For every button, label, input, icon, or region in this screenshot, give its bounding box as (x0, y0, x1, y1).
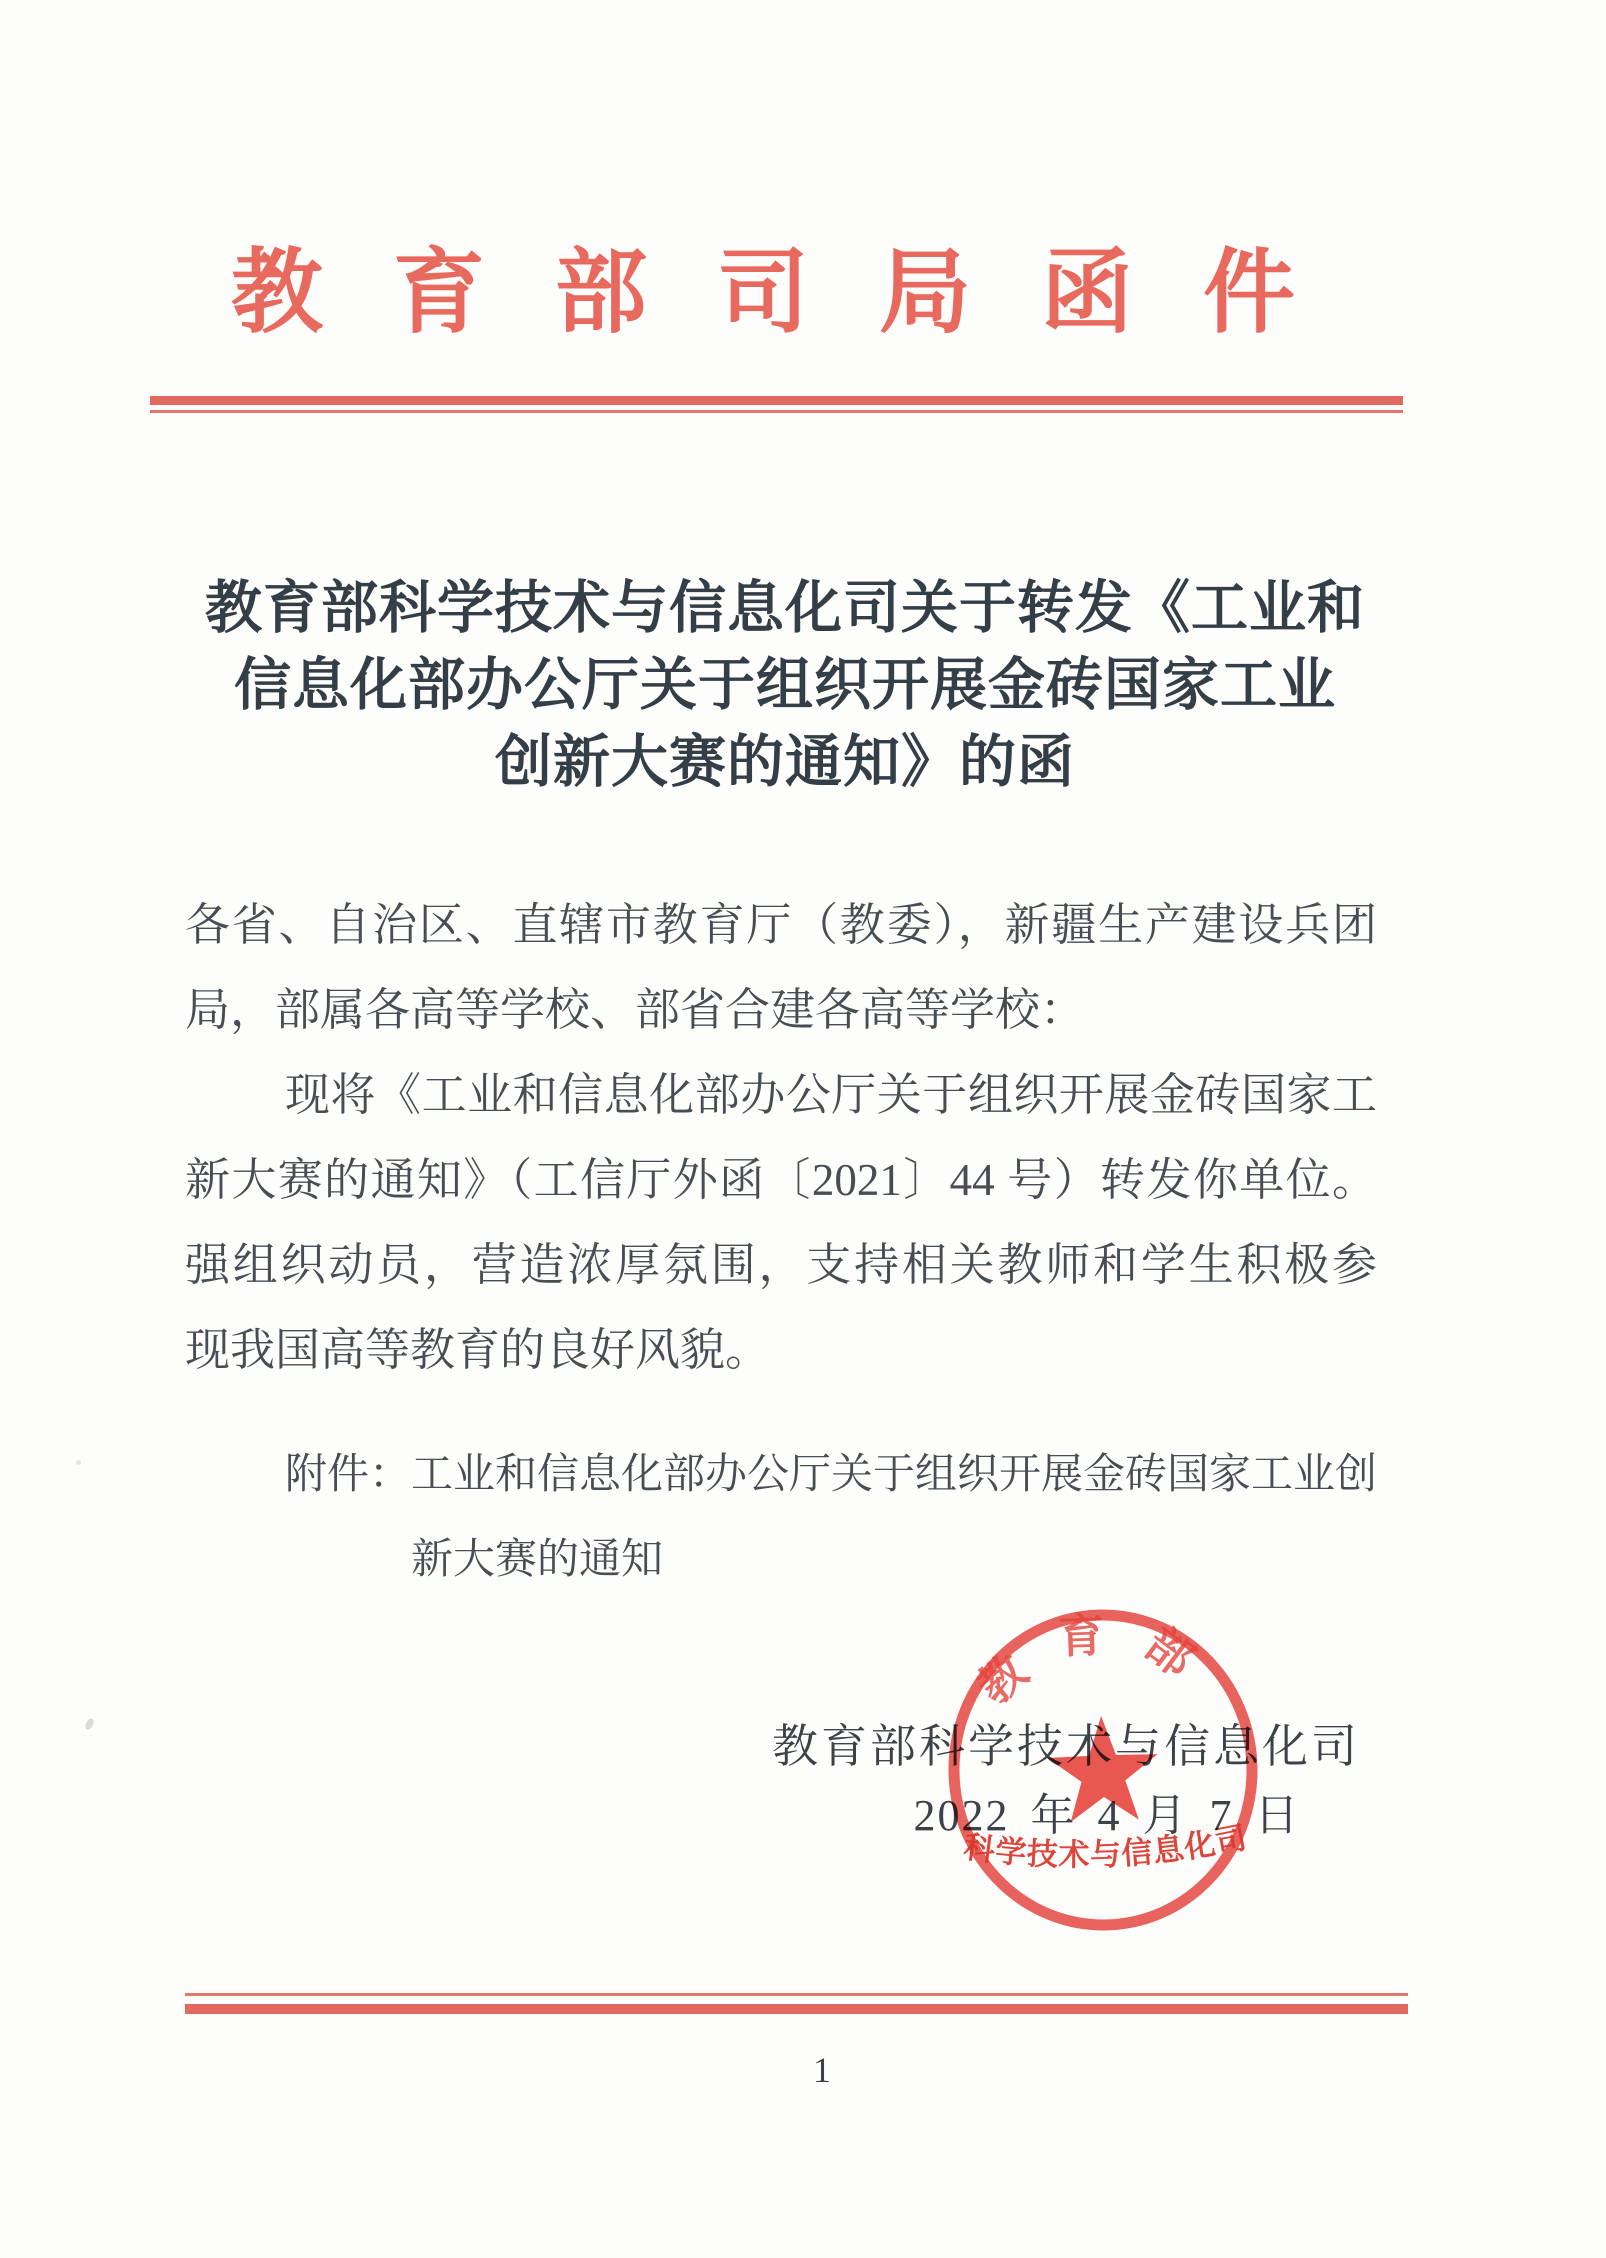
attachment-line-1: 附件：工业和信息化部办公厅关于组织开展金砖国家工业创 (185, 1433, 1377, 1518)
letter-body: 各省、自治区、直辖市教育厅（教委），新疆生产建设兵团教育 局，部属各高等学校、部… (185, 883, 1377, 1603)
document-title-line-2: 信息化部办公厅关于组织开展金砖国家工业 (90, 647, 1480, 724)
seal-star-icon (1046, 1714, 1160, 1823)
document-title-line-1: 教育部科学技术与信息化司关于转发《工业和 (90, 570, 1480, 647)
scanned-document-page: 教育部司局函件 教育部科学技术与信息化司关于转发《工业和 信息化部办公厅关于组织… (0, 0, 1606, 2258)
salutation-line-2: 局，部属各高等学校、部省合建各高等学校： (185, 968, 1377, 1053)
official-seal: 教育部 科学技术与信息化司 (934, 1596, 1272, 1943)
attachment-note: 附件：工业和信息化部办公厅关于组织开展金砖国家工业创 新大赛的通知 (185, 1433, 1377, 1603)
header-rule-thin (150, 410, 1403, 413)
paragraph-line-4: 现我国高等教育的良好风貌。 (185, 1308, 1377, 1393)
document-title: 教育部科学技术与信息化司关于转发《工业和 信息化部办公厅关于组织开展金砖国家工业… (90, 570, 1480, 801)
svg-text:科学技术与信息化司: 科学技术与信息化司 (961, 1819, 1251, 1877)
paragraph-line-3: 强组织动员，营造浓厚氛围，支持相关教师和学生积极参赛，展 (185, 1223, 1377, 1308)
paragraph-line-2: 新大赛的通知》（工信厅外函〔2021〕44 号）转发你单位。请加 (185, 1138, 1377, 1223)
svg-text:教育部: 教育部 (967, 1606, 1232, 1715)
attachment-line-2: 新大赛的通知 (185, 1518, 1377, 1603)
header-rule-thick (150, 396, 1403, 405)
seal-department-text: 科学技术与信息化司 (961, 1819, 1251, 1877)
seal-ministry-text: 教育部 (967, 1606, 1232, 1715)
scan-speck (84, 1717, 96, 1731)
footer-rule-thick (185, 2004, 1408, 2014)
footer-rule-thin (185, 1993, 1408, 1996)
salutation-line-1: 各省、自治区、直辖市教育厅（教委），新疆生产建设兵团教育 (185, 883, 1377, 968)
scan-speck (76, 1460, 81, 1465)
paragraph-line-1: 现将《工业和信息化部办公厅关于组织开展金砖国家工业创 (185, 1053, 1377, 1138)
letterhead-title: 教育部司局函件 (150, 238, 1426, 348)
document-title-line-3: 创新大赛的通知》的函 (90, 724, 1480, 801)
page-number: 1 (813, 2050, 831, 2090)
